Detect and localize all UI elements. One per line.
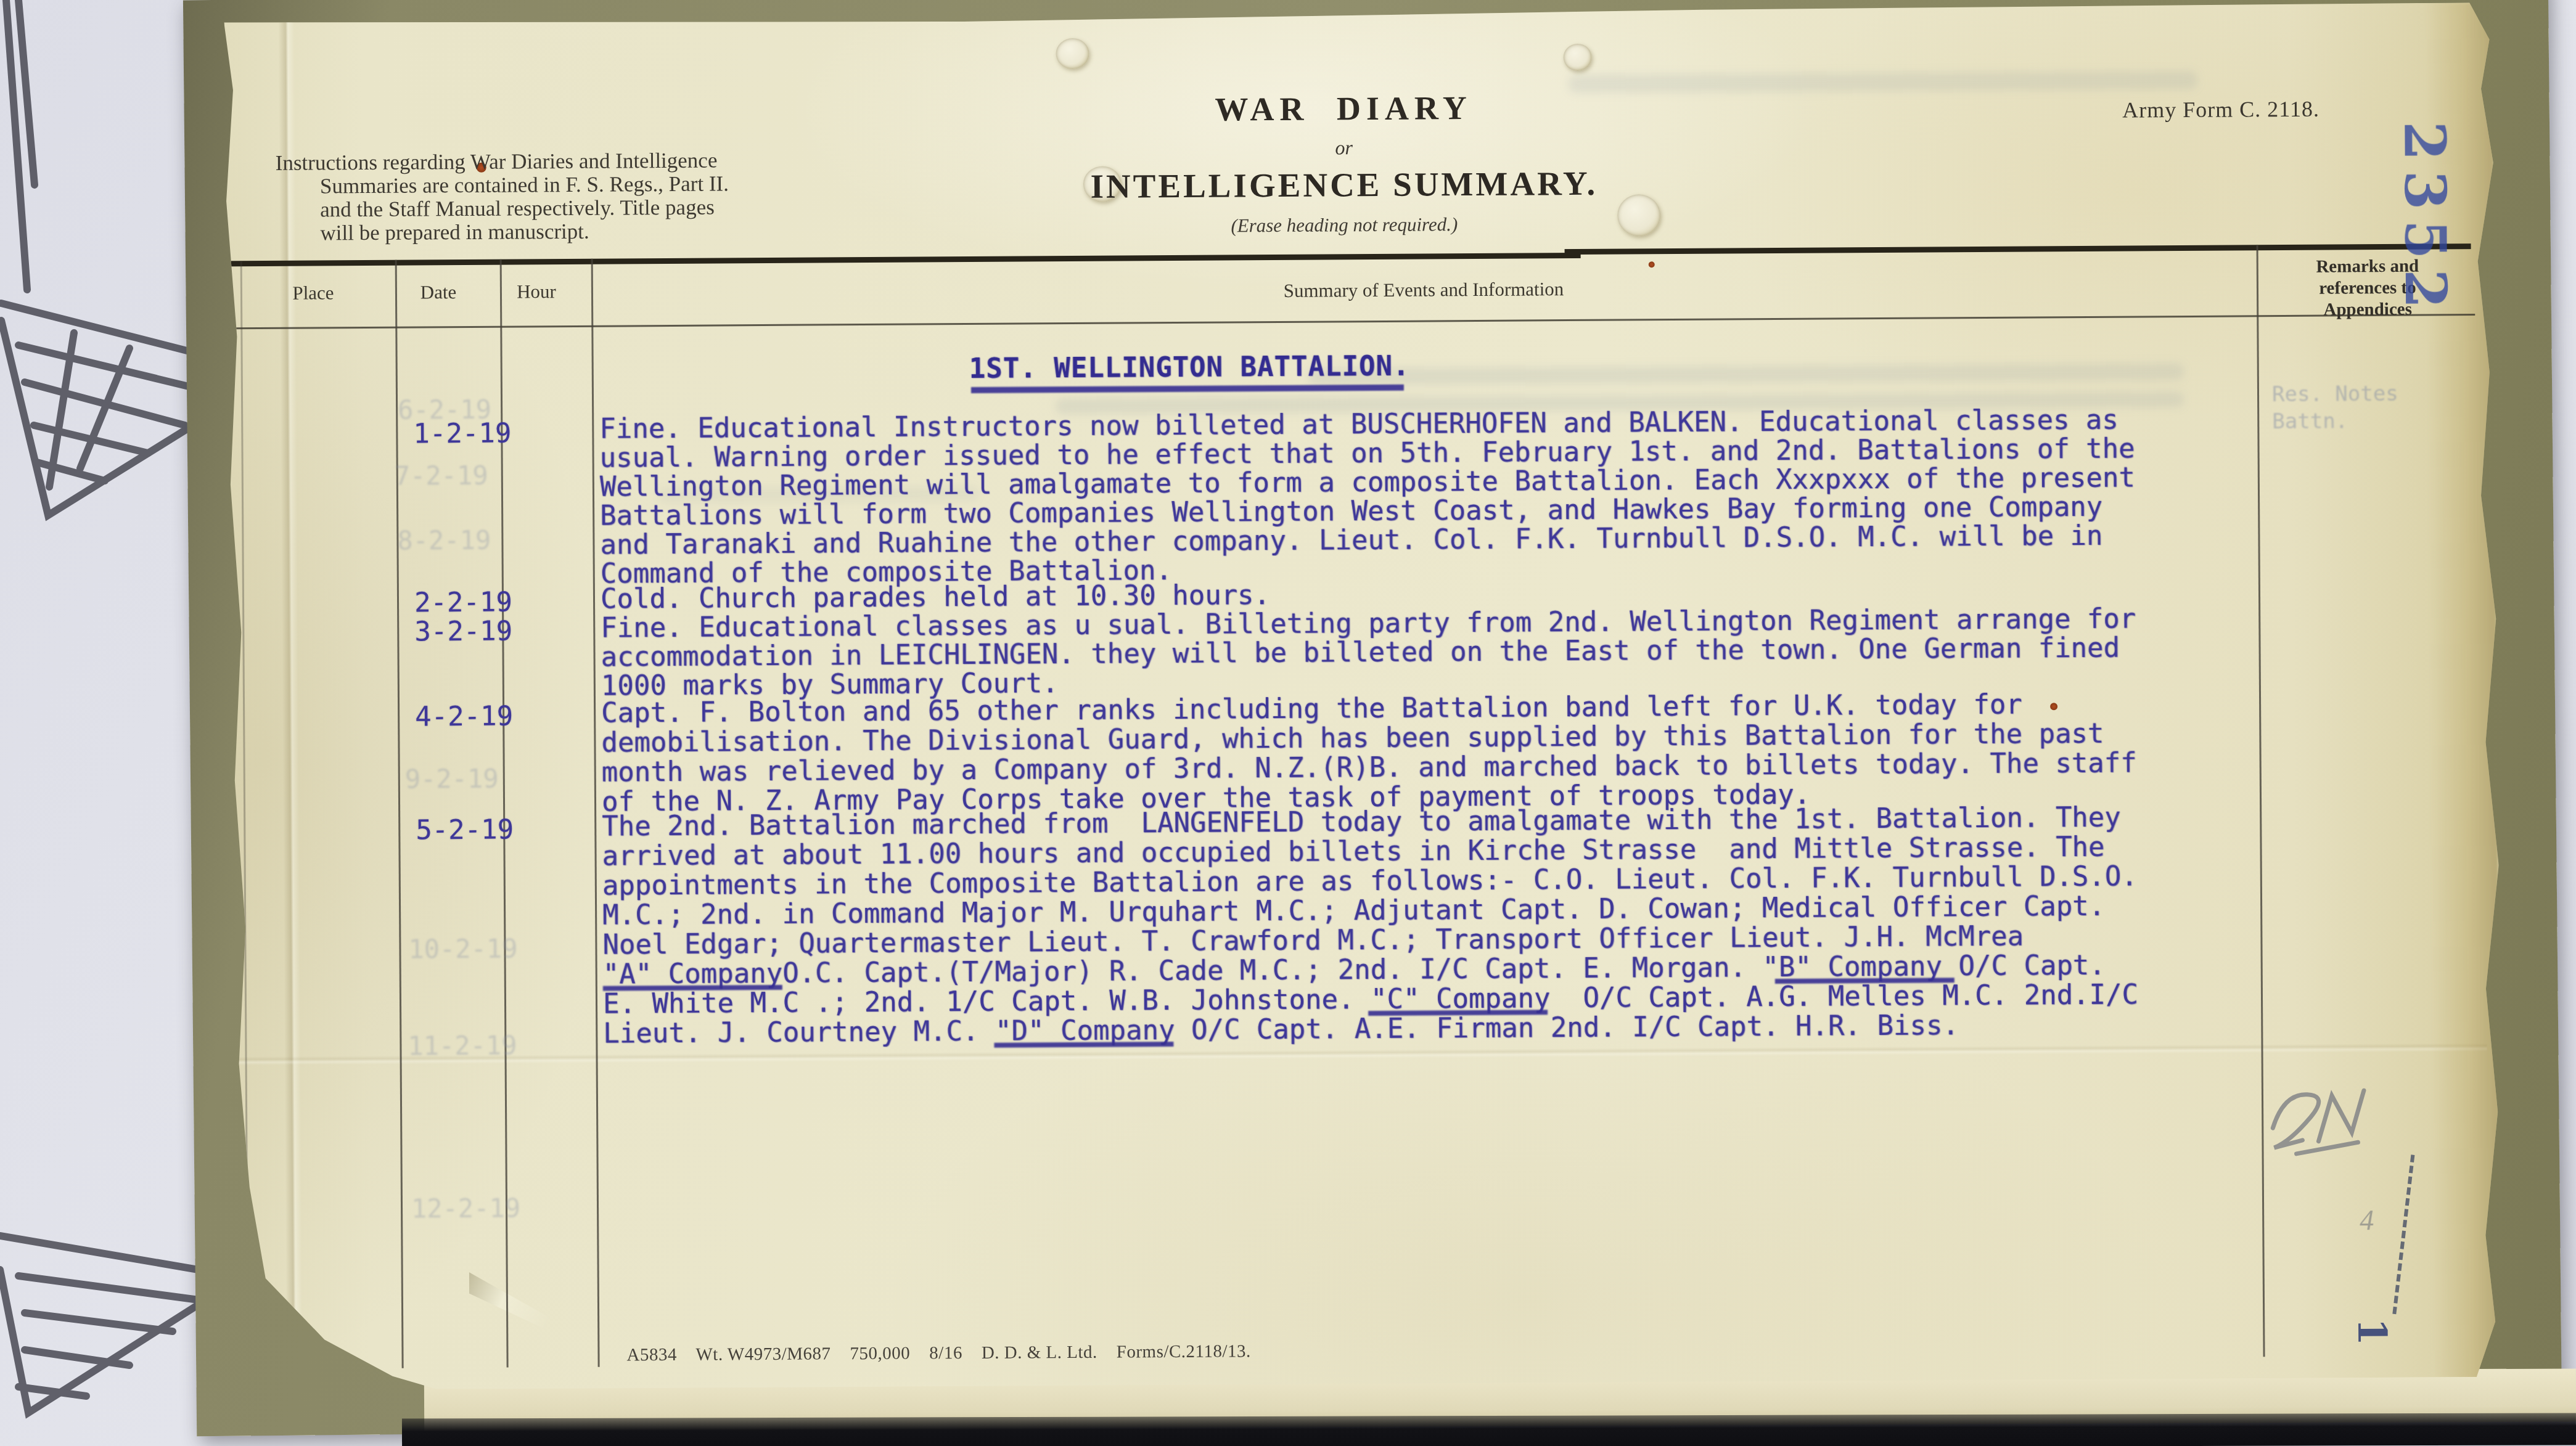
form-title-note: (Erase heading not required.) <box>1048 212 1640 238</box>
ghost-date: 8-2-19 <box>397 525 491 556</box>
pencil-numeral: 4 <box>2360 1204 2374 1236</box>
form-title-intelligence-summary: INTELLIGENCE SUMMARY. <box>1048 163 1640 206</box>
folded-corner <box>469 1271 673 1391</box>
diary-entry: The 2nd. Battalion marched from LANGENFE… <box>602 803 2138 1048</box>
table-top-rule <box>1565 243 2471 255</box>
pencil-initials <box>2259 1068 2389 1174</box>
column-header-place: Place <box>252 282 375 304</box>
rust-spot <box>1649 261 1655 268</box>
ghost-date: 11-2-19 <box>408 1031 517 1061</box>
column-divider <box>2257 245 2265 1357</box>
heading-underline <box>971 385 1404 393</box>
form-title-or: or <box>1048 134 1639 161</box>
entry-date: 5-2-19 <box>416 814 514 846</box>
ghost-date: 7-2-19 <box>395 460 488 491</box>
glue-spot <box>1564 44 1592 71</box>
column-divider <box>395 260 404 1368</box>
entry-date: 4-2-19 <box>415 701 513 733</box>
table-header-rule <box>231 314 2475 329</box>
bleedthrough-smudge <box>1569 71 2197 93</box>
diary-heading: 1ST. WELLINGTON BATTALION. <box>969 352 1410 383</box>
printers-imprint: A5834 Wt. W4973/M687 750,000 8/16 D. D. … <box>626 1341 1250 1365</box>
margin-dashed-line <box>2392 1154 2414 1314</box>
ghost-remarks-line: Res. Notes <box>2272 380 2398 408</box>
column-header-summary: Summary of Events and Information <box>930 276 1917 304</box>
army-form-number: Army Form C. 2118. <box>2122 96 2320 123</box>
form-title-block: WAR DIARY or INTELLIGENCE SUMMARY. (Eras… <box>1048 88 1640 238</box>
entry-date: 2-2-19 <box>414 587 512 619</box>
company-underline-d <box>994 1042 1173 1048</box>
ghost-date: 10-2-19 <box>408 934 517 965</box>
ghost-date: 6-2-19 <box>398 394 491 425</box>
bottom-shadow-strip <box>402 1413 2576 1446</box>
paper-crease <box>231 1043 2487 1065</box>
entry-date: 3-2-19 <box>414 616 512 648</box>
glue-spot <box>1056 38 1089 69</box>
photo-of-war-diary-document: { "photo": { "serial_stamp": "2352", "ma… <box>0 0 2576 1446</box>
diary-entry: Fine. Educational Instructors now billet… <box>599 405 2136 588</box>
instructions-line: will be prepared in manuscript. <box>320 218 861 245</box>
ghost-date: 12-2-19 <box>411 1193 520 1223</box>
diary-entry: Fine. Educational classes as u sual. Bil… <box>601 604 2136 700</box>
form-instructions: Instructions regarding War Diaries and I… <box>276 148 862 245</box>
column-header-date: Date <box>383 281 494 304</box>
column-header-hour: Hour <box>481 280 592 303</box>
ghost-remarks-line: Battn. <box>2272 407 2398 435</box>
ghost-date: 9-2-19 <box>405 764 499 794</box>
form-title-war-diary: WAR DIARY <box>1048 88 1639 129</box>
margin-number-stamp: 1 <box>2348 1318 2395 1346</box>
diary-entry: Capt. F. Bolton and 65 other ranks inclu… <box>601 689 2137 817</box>
bleedthrough-smudge <box>1308 363 2184 386</box>
instructions-line: and the Staff Manual respectively. Title… <box>320 195 861 221</box>
column-divider <box>591 259 600 1367</box>
instructions-line: Instructions regarding War Diaries and I… <box>276 148 861 175</box>
instructions-line: Summaries are contained in F. S. Regs., … <box>320 171 861 198</box>
table-top-rule <box>231 253 1581 266</box>
ghost-remarks-text: Res. Notes Battn. <box>2272 380 2398 435</box>
serial-number-stamp: 2352 <box>2391 121 2459 319</box>
war-diary-page: Instructions regarding War Diaries and I… <box>224 2 2526 1392</box>
